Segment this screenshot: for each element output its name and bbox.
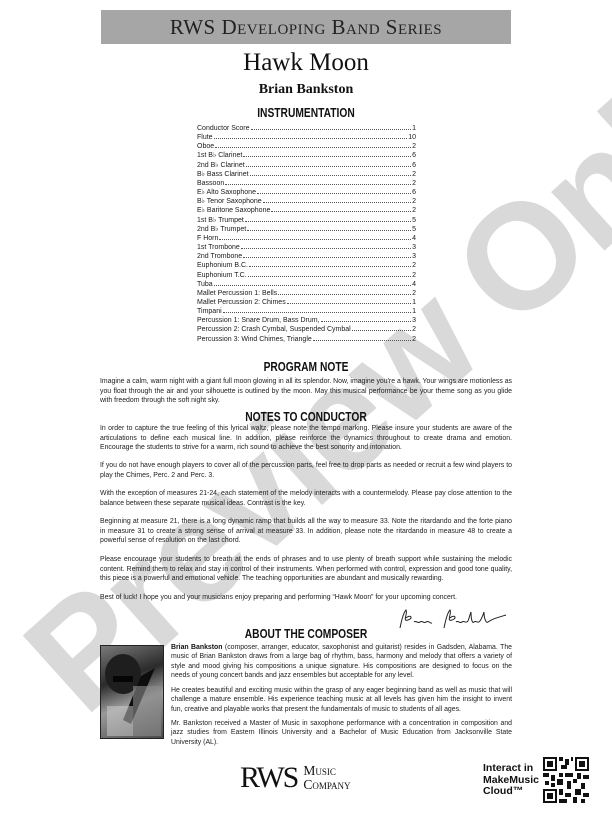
instrument-quantity: 5 [412,225,416,234]
instrument-quantity: 2 [412,142,416,151]
instrument-name: Flute [197,133,213,142]
instrumentation-row: 2nd B♭ Clarinet6 [197,161,416,170]
instrument-quantity: 2 [412,335,416,344]
composer-bio-paragraph: Mr. Bankston received a Master of Music … [171,719,512,747]
qr-code-icon[interactable] [543,757,589,803]
instrumentation-row: 1st B♭ Clarinet6 [197,151,416,160]
instrumentation-row: B♭ Bass Clarinet2 [197,170,416,179]
instrument-name: Euphonium T.C. [197,271,247,280]
makemusic-cloud-text: Interact in MakeMusic Cloud™ [483,763,539,798]
dot-leader [257,193,411,194]
instrumentation-row: Euphonium T.C.2 [197,271,416,280]
dot-leader [243,257,411,258]
instrument-quantity: 6 [412,151,416,160]
instrument-quantity: 2 [412,197,416,206]
instrumentation-row: Percussion 3: Wind Chimes, Triangle2 [197,335,416,344]
piece-title: Hawk Moon [0,49,612,77]
instrument-name: Conductor Score [197,124,250,133]
about-composer-heading: ABOUT THE COMPOSER [55,627,557,641]
conductor-note-paragraph: In order to capture the true feeling of … [100,424,512,453]
instrument-quantity: 1 [412,124,416,133]
instrument-name: Percussion 3: Wind Chimes, Triangle [197,335,312,344]
composer-bio-paragraph: Brian Bankston (composer, arranger, educ… [171,643,512,681]
dot-leader [250,175,412,176]
instrument-quantity: 10 [408,133,416,142]
dot-leader [223,312,411,313]
instrument-quantity: 5 [412,216,416,225]
instrumentation-row: Flute10 [197,133,416,142]
instrumentation-row: Percussion 2: Crash Cymbal, Suspended Cy… [197,325,416,334]
instrumentation-row: Mallet Percussion 1: Bells2 [197,289,416,298]
program-note-heading: PROGRAM NOTE [55,360,557,374]
series-title: RWS Developing Band Series [170,15,442,40]
instrumentation-row: Tuba4 [197,280,416,289]
instrument-quantity: 2 [412,271,416,280]
instrument-name: Timpani [197,307,222,316]
instrumentation-row: Oboe2 [197,142,416,151]
dot-leader [287,303,411,304]
dot-leader [243,156,411,157]
instrumentation-list: Conductor Score1Flute10Oboe21st B♭ Clari… [197,124,416,344]
instrumentation-row: Mallet Percussion 2: Chimes1 [197,298,416,307]
instrument-name: 2nd B♭ Clarinet [197,161,245,170]
dot-leader [225,184,411,185]
instrument-name: E♭ Alto Saxophone [197,188,256,197]
instrument-quantity: 1 [412,298,416,307]
instrumentation-row: E♭ Baritone Saxophone2 [197,206,416,215]
dot-leader [251,129,412,130]
instrument-quantity: 1 [412,307,416,316]
logo-mark: RWS [240,761,297,795]
instrument-name: E♭ Baritone Saxophone [197,206,270,215]
logo-line-2: Company [303,778,350,792]
instrument-name: Percussion 1: Snare Drum, Bass Drum, [197,316,320,325]
composer-name: Brian Bankston [0,82,612,98]
instrumentation-row: 2nd B♭ Trumpet5 [197,225,416,234]
dot-leader [214,138,408,139]
instrument-name: 1st Trombone [197,243,240,252]
instrument-name: 2nd B♭ Trumpet [197,225,246,234]
instrumentation-row: 1st B♭ Trumpet5 [197,216,416,225]
instrument-name: 1st B♭ Trumpet [197,216,244,225]
instrument-name: B♭ Tenor Saxophone [197,197,262,206]
instrument-quantity: 2 [412,170,416,179]
instrumentation-row: B♭ Tenor Saxophone2 [197,197,416,206]
composer-bio-name: Brian Bankston [171,644,222,651]
dot-leader [263,202,411,203]
rws-music-company-logo: RWS Music Company [240,757,360,799]
instrument-name: Mallet Percussion 2: Chimes [197,298,286,307]
instrumentation-row: Percussion 1: Snare Drum, Bass Drum,3 [197,316,416,325]
dot-leader [245,221,411,222]
instrument-quantity: 2 [412,206,416,215]
conductor-note-paragraph: With the exception of measures 21-24, ea… [100,489,512,508]
dot-leader [249,266,411,267]
instrument-name: Euphonium B.C. [197,261,248,270]
logo-line-1: Music [303,764,350,778]
instrument-name: Bassoon [197,179,224,188]
instrument-name: B♭ Bass Clarinet [197,170,249,179]
dot-leader [313,340,411,341]
composer-photo [100,645,164,739]
instrument-quantity: 6 [412,188,416,197]
instrumentation-row: Conductor Score1 [197,124,416,133]
instrument-quantity: 6 [412,161,416,170]
dot-leader [321,321,412,322]
conductor-note-paragraph: Best of luck! I hope you and your musici… [100,593,512,603]
dot-leader [248,276,411,277]
dot-leader [352,330,411,331]
instrumentation-row: E♭ Alto Saxophone6 [197,188,416,197]
instrument-name: Mallet Percussion 1: Bells [197,289,277,298]
instrument-name: 1st B♭ Clarinet [197,151,242,160]
dot-leader [271,211,411,212]
program-note-text: Imagine a calm, warm night with a giant … [100,377,512,406]
instrumentation-row: Euphonium B.C.2 [197,261,416,270]
instrument-quantity: 2 [412,179,416,188]
instrument-name: Oboe [197,142,214,151]
series-banner: RWS Developing Band Series [101,10,511,44]
conductor-note-paragraph: Please encourage your students to breath… [100,555,512,584]
dot-leader [219,239,411,240]
dot-leader [215,147,411,148]
instrumentation-row: 2nd Trombone3 [197,252,416,261]
instrument-quantity: 2 [412,261,416,270]
instrument-quantity: 3 [412,243,416,252]
composer-bio-paragraph: He creates beautiful and exciting music … [171,686,512,714]
notes-to-conductor-heading: NOTES TO CONDUCTOR [55,410,557,424]
dot-leader [214,285,411,286]
instrument-name: 2nd Trombone [197,252,242,261]
instrumentation-row: F Horn4 [197,234,416,243]
instrument-name: F Horn [197,234,218,243]
instrument-quantity: 4 [412,280,416,289]
instrumentation-row: Bassoon2 [197,179,416,188]
instrument-quantity: 4 [412,234,416,243]
instrument-quantity: 3 [412,252,416,261]
instrument-name: Tuba [197,280,213,289]
dot-leader [246,166,411,167]
instrumentation-heading: INSTRUMENTATION [55,106,557,120]
instrument-quantity: 2 [412,289,416,298]
dot-leader [241,248,411,249]
conductor-note-paragraph: If you do not have enough players to cov… [100,461,512,480]
instrument-name: Percussion 2: Crash Cymbal, Suspended Cy… [197,325,351,334]
conductor-note-paragraph: Beginning at measure 21, there is a long… [100,517,512,546]
instrument-quantity: 2 [412,325,416,334]
dot-leader [278,294,411,295]
instrument-quantity: 3 [412,316,416,325]
instrumentation-row: 1st Trombone3 [197,243,416,252]
instrumentation-row: Timpani1 [197,307,416,316]
dot-leader [247,230,411,231]
